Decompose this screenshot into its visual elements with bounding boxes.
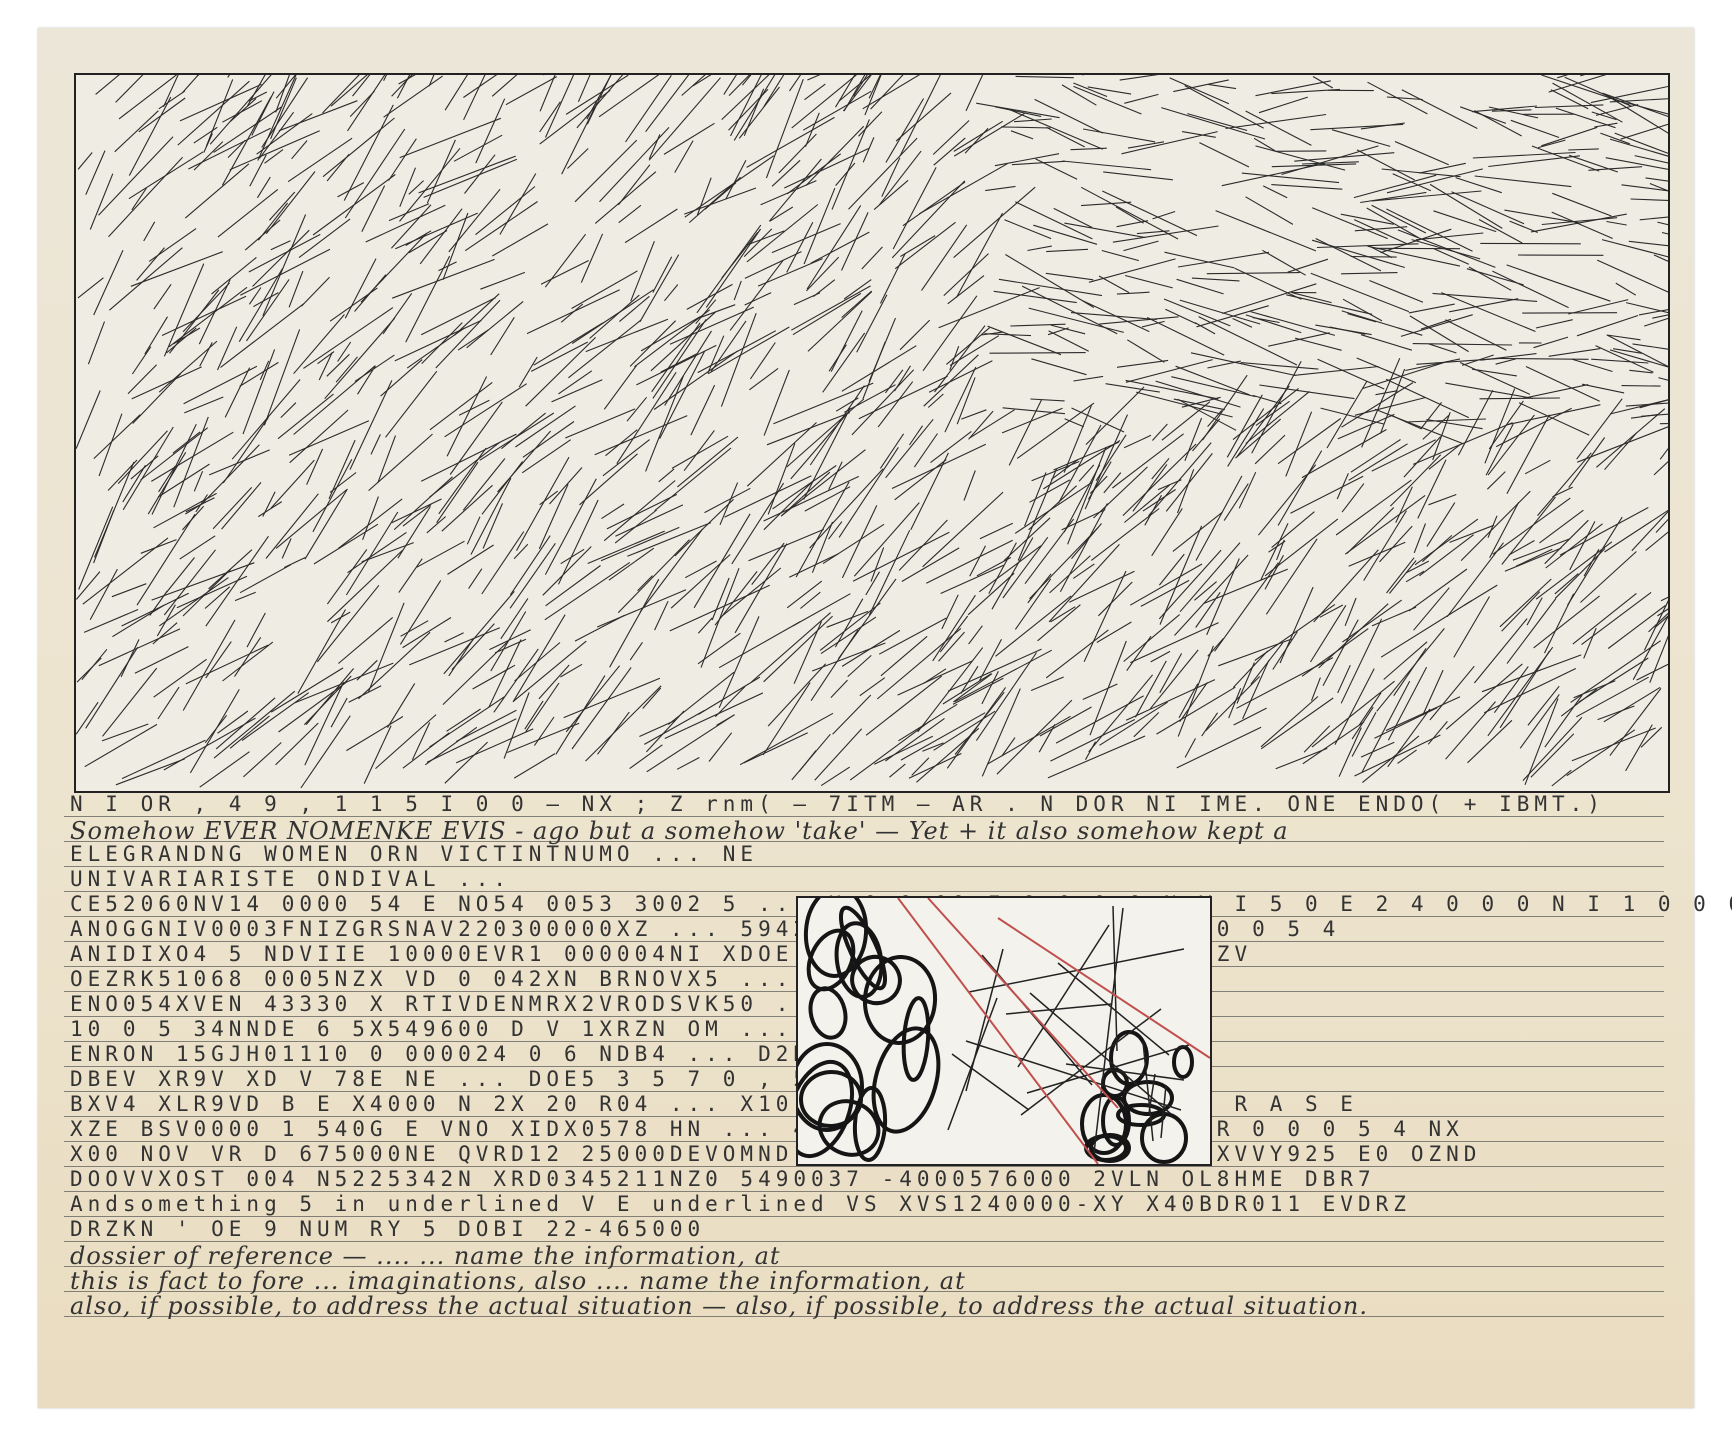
handwritten-line: DOOVVXOST 004 N5225342N XRD0345211NZ0 54… <box>70 1167 1376 1191</box>
handwritten-line: DRZKN ' OE 9 NUM RY 5 DOBI 22-465000 <box>70 1217 705 1241</box>
handwritten-line: XZE BSV0000 1 540G E VNO XIDX0578 HN ...… <box>70 1117 1464 1141</box>
handwritten-line: X00 NOV VR D 675000NE QVRD12 25000DEVOMN… <box>70 1142 1481 1166</box>
handwritten-line: Andsomething 5 in underlined V E underli… <box>70 1192 1411 1216</box>
hatching-drawing <box>76 75 1668 791</box>
scribble-inset-panel <box>796 896 1212 1166</box>
handwritten-line: UNIVARIARISTE ONDIVAL ... <box>70 867 511 891</box>
handwritten-line: this is fact to fore ... imaginations, a… <box>70 1267 966 1295</box>
handwritten-line: dossier of reference — .... ... name the… <box>70 1242 781 1270</box>
scribble-drawing <box>798 898 1210 1164</box>
crystalline-hatching-panel <box>74 73 1670 793</box>
handwritten-line: N I OR , 4 9 , 1 1 5 I 0 0 — NX ; Z rnm(… <box>70 792 1605 816</box>
handwritten-line: Somehow EVER NOMENKE EVIS - ago but a so… <box>70 817 1289 845</box>
handwritten-line: ELEGRANDNG WOMEN ORN VICTINTNUMO ... NE <box>70 842 758 866</box>
handwritten-line: also, if possible, to address the actual… <box>70 1292 1368 1320</box>
